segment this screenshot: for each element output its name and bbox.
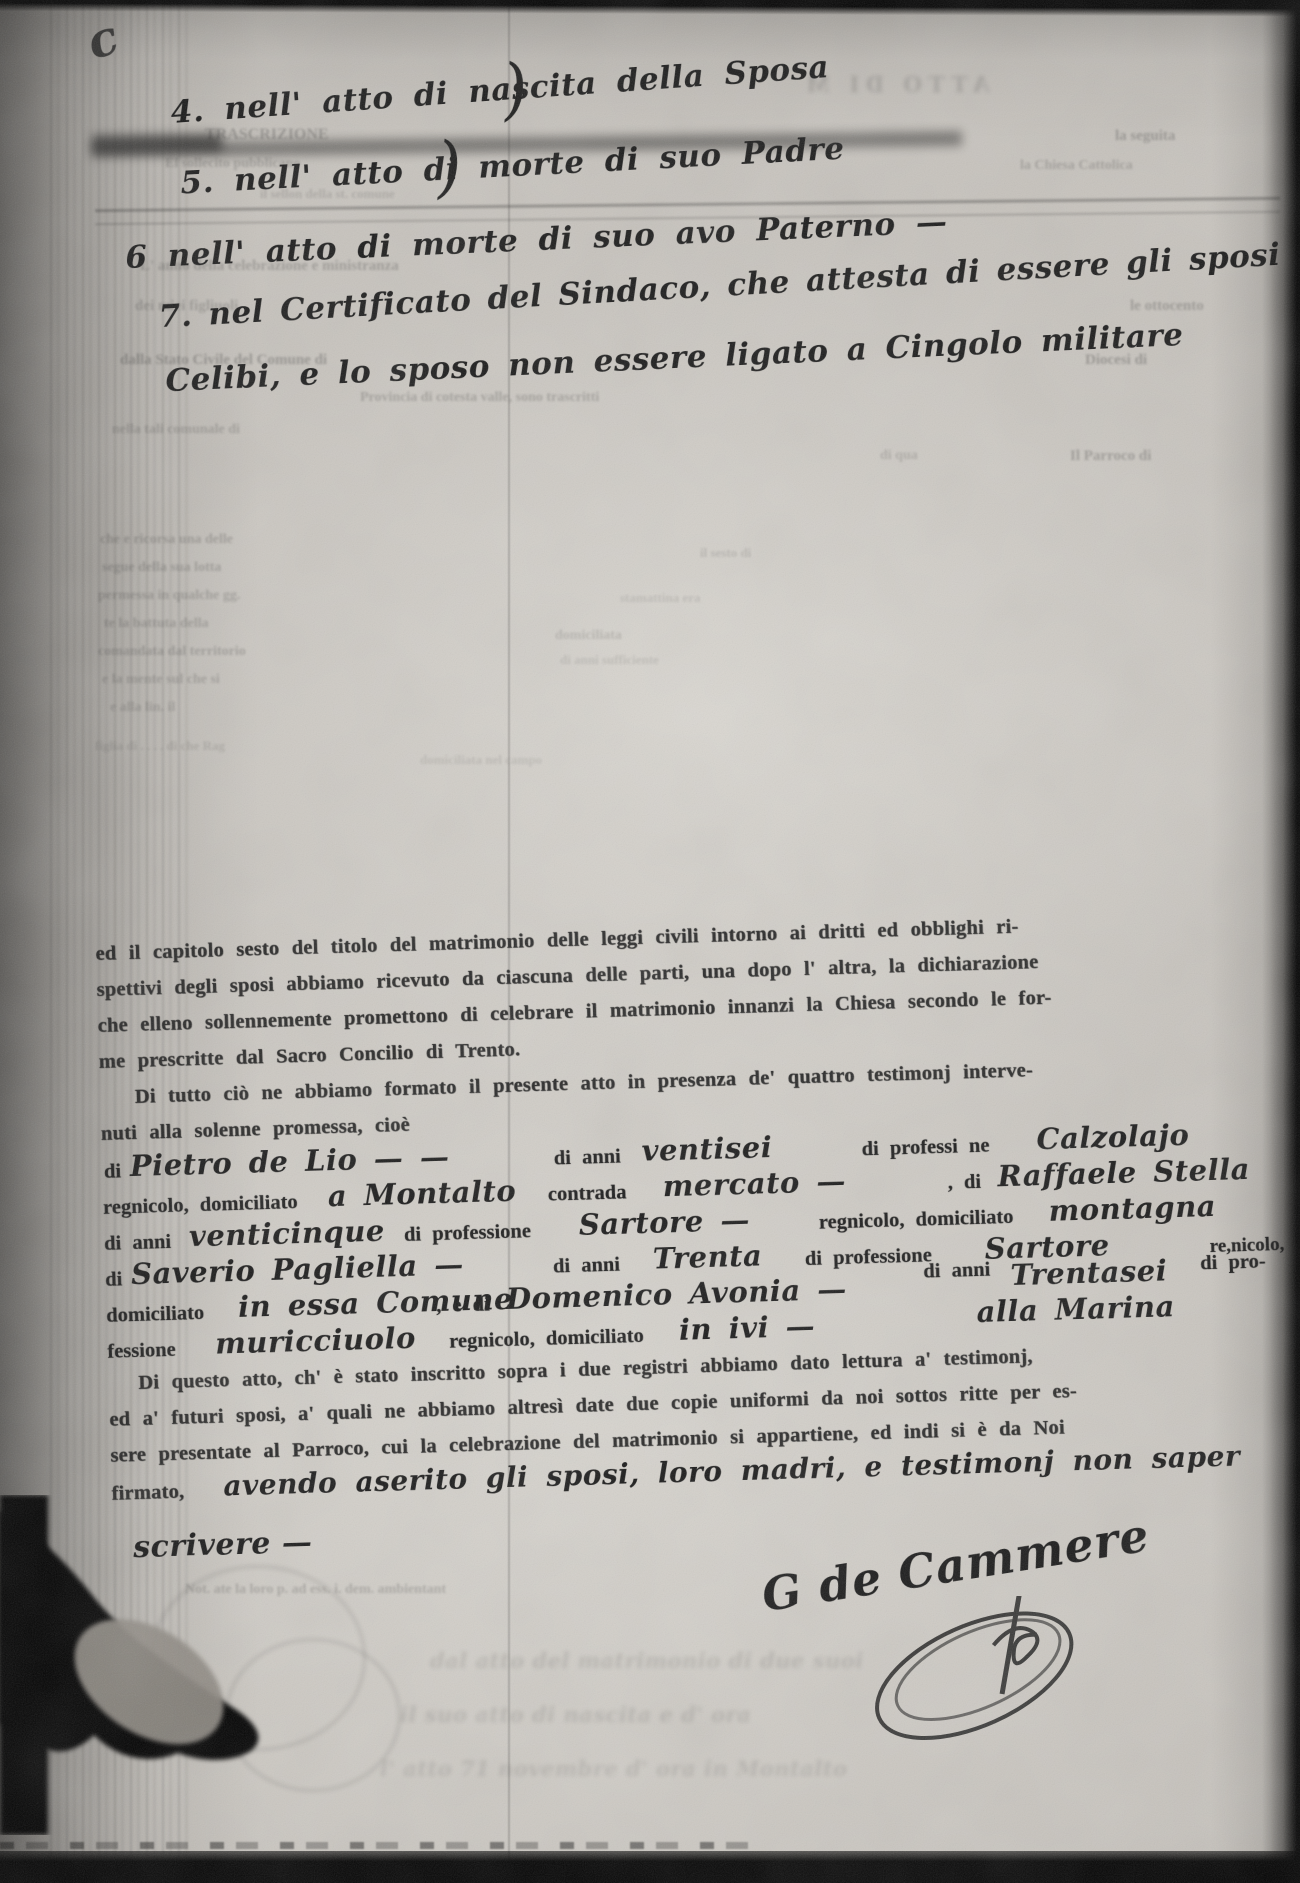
bleedthrough-text: segue della sua lotta bbox=[102, 560, 221, 576]
scan-edge-speckle bbox=[0, 1842, 760, 1849]
handwritten-place: montagna bbox=[1048, 1189, 1216, 1228]
printed-fragment: di pro- bbox=[1200, 1250, 1266, 1275]
bleedthrough-text: dal atto del matrimonio di due suoi bbox=[430, 1648, 864, 1673]
bleedthrough-text: Il Parroco di bbox=[1070, 448, 1151, 465]
printed-fragment: di anni bbox=[923, 1259, 991, 1284]
printed-line: me prescritte dal Sacro Concilio di Tren… bbox=[98, 1038, 520, 1073]
printed-fragment: di anni bbox=[553, 1254, 621, 1279]
ink-smudge bbox=[92, 133, 222, 153]
page-crease bbox=[508, 0, 510, 1883]
handwritten-age: Trentasei bbox=[1010, 1253, 1168, 1292]
handwritten-profession: Sartore — bbox=[578, 1203, 750, 1242]
printed-fragment: di bbox=[105, 1268, 123, 1291]
printed-fragment: di professione bbox=[404, 1220, 532, 1247]
printed-fragment: di professi ne bbox=[861, 1135, 989, 1162]
printed-line: nuti alla solenne promessa, cioè bbox=[101, 1114, 411, 1146]
bleedthrough-text: la Chiesa Cattolica bbox=[1020, 158, 1133, 174]
printed-fragment: , di bbox=[947, 1171, 981, 1195]
printed-fragment: contrada bbox=[548, 1181, 627, 1206]
printed-fragment: regnicolo, domiciliato bbox=[449, 1325, 644, 1354]
bleedthrough-text: domiciliata nel campo bbox=[420, 752, 542, 768]
handwritten-name: Raffaele Stella bbox=[997, 1152, 1250, 1193]
bleedthrough-text: di qua bbox=[880, 448, 918, 464]
printed-fragment: di anni bbox=[554, 1146, 622, 1171]
printed-fragment: , e di bbox=[436, 1293, 490, 1318]
scan-edge-right bbox=[1262, 0, 1300, 1883]
printed-fragment: di anni bbox=[104, 1231, 172, 1256]
bleedthrough-text: Provincia di cotesta valle, sono trascri… bbox=[360, 390, 599, 406]
scan-edge-bottom bbox=[0, 1851, 1300, 1883]
bleedthrough-text: e la mente sul che si bbox=[102, 672, 220, 688]
bleedthrough-text: che e ricorsa una delle bbox=[100, 532, 233, 548]
bleedthrough-text: l' atto 71 novembre d' ora in Montalto bbox=[380, 1756, 848, 1781]
printed-fragment: di professione bbox=[805, 1244, 933, 1271]
bleedthrough-text: stamattina era bbox=[620, 590, 701, 606]
bleedthrough-text: figlia di . . . . di che Rag bbox=[95, 738, 225, 754]
bleedthrough-text: comandata dal territorio bbox=[98, 644, 246, 660]
bleedthrough-text: il suo atto di nascita e d' ora bbox=[400, 1702, 751, 1727]
printed-fragment: di bbox=[104, 1160, 122, 1183]
bleedthrough-text: le ottocento bbox=[1130, 298, 1204, 315]
handwritten-age: venticinque bbox=[188, 1214, 385, 1254]
bleedthrough-text: la seguita bbox=[1115, 128, 1175, 145]
bleedthrough-text: di anni sufficiente bbox=[560, 652, 659, 668]
handwritten-age: Trenta bbox=[652, 1238, 762, 1275]
bleedthrough-text: permessa in qualche gg. bbox=[98, 588, 240, 604]
handwritten-place: a Montalto bbox=[327, 1174, 516, 1214]
bleedthrough-text: il sesto di bbox=[700, 545, 751, 561]
handwritten-age: ventisei bbox=[641, 1130, 773, 1168]
printed-fragment: regnicolo, domiciliato bbox=[103, 1191, 298, 1220]
handwritten-place: in ivi — bbox=[678, 1309, 815, 1347]
bleedthrough-text: nella tali comunale di bbox=[112, 422, 240, 438]
handwritten-profession: muricciuolo bbox=[215, 1321, 417, 1361]
bleedthrough-text: domiciliata bbox=[555, 628, 622, 644]
printed-fragment: fessione bbox=[107, 1339, 176, 1364]
bleedthrough-text: te la battuta della bbox=[104, 616, 209, 632]
finger-shadow bbox=[0, 1495, 300, 1835]
signature-flourish-oval bbox=[853, 1596, 1093, 1751]
printed-fragment: domiciliato bbox=[106, 1302, 205, 1328]
pen-flourish: ) bbox=[433, 127, 465, 206]
handwritten-place: alla Marina bbox=[976, 1289, 1175, 1329]
printed-fragment: regnicolo, domiciliato bbox=[819, 1206, 1014, 1235]
handwritten-place: mercato — bbox=[662, 1164, 846, 1203]
bleedthrough-text: e alla lin. il bbox=[110, 700, 175, 716]
handwritten-profession: Calzolajo bbox=[1036, 1118, 1190, 1157]
document-scan-page: ATTO DI MTRASCRIZIONEla seguitaEl sollec… bbox=[0, 0, 1300, 1883]
